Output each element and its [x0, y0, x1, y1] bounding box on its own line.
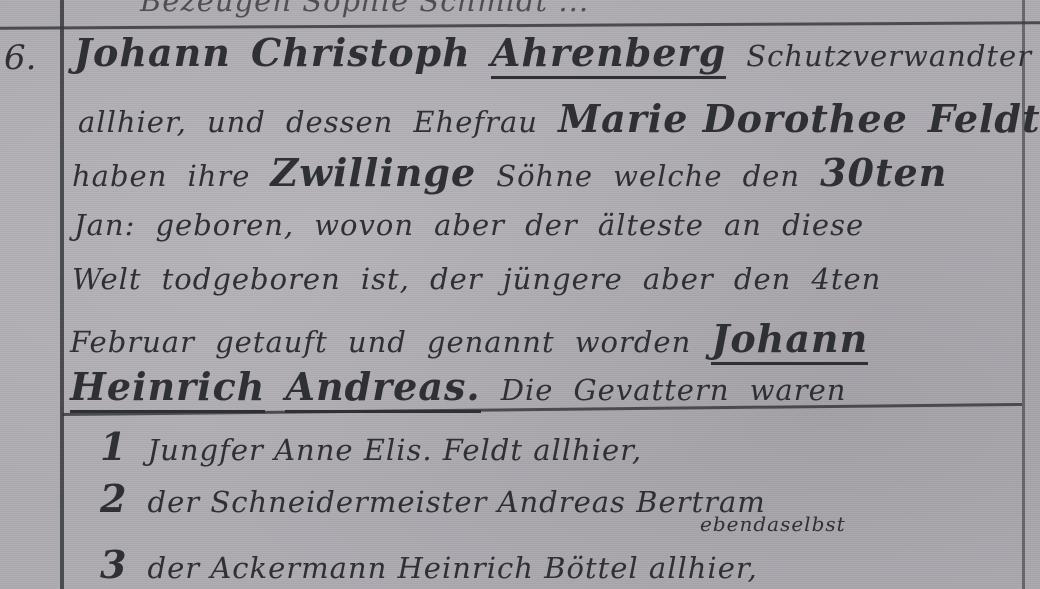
entry-number: 6.	[4, 38, 36, 78]
word: jüngere	[503, 262, 623, 296]
right-margin-line	[1022, 0, 1025, 589]
month: Februar	[70, 325, 195, 359]
godparent-number: 2	[100, 476, 127, 521]
record-line-6: Februar getauft und genannt worden Johan…	[70, 316, 882, 365]
word: worden	[575, 325, 692, 359]
scanned-register-page: Bezeugen Sophie Schmidt ... 6. Johann Ch…	[0, 0, 1040, 589]
child-name-underlined: Heinrich	[70, 364, 265, 413]
word: Ehefrau	[413, 105, 538, 139]
word: Welt	[72, 262, 142, 296]
child-name-underlined: Johann	[711, 316, 868, 365]
date-day: 30ten	[820, 150, 947, 195]
word: aber	[434, 208, 505, 242]
word: und	[207, 105, 266, 139]
godparent-1: 1 Jungfer Anne Elis. Feldt allhier,	[100, 424, 656, 469]
word: Christoph	[251, 30, 471, 75]
record-line-3: haben ihre Zwillinge Söhne welche den 30…	[72, 150, 961, 195]
godparent-2: 2 der Schneidermeister Andreas Bertram	[100, 476, 780, 521]
month-abbrev: Jan:	[74, 208, 135, 242]
word: älteste	[598, 208, 704, 242]
word: haben	[72, 159, 167, 193]
word: Marie Dorothee	[558, 96, 908, 141]
word: Feldt	[928, 96, 1040, 141]
record-line-5: Welt todgeboren ist, der jüngere aber de…	[72, 262, 895, 296]
word: den	[734, 262, 791, 296]
word: der	[430, 262, 483, 296]
word: dessen	[286, 105, 393, 139]
word: der	[525, 208, 578, 242]
word: Die	[501, 373, 554, 407]
word: wovon	[314, 208, 414, 242]
record-line-4: Jan: geboren, wovon aber der älteste an …	[74, 208, 878, 242]
godparent-text: Jungfer Anne Elis. Feldt allhier,	[148, 433, 643, 467]
word: diese	[782, 208, 864, 242]
record-line-2: allhier, und dessen Ehefrau Marie Doroth…	[78, 96, 1040, 141]
top-ruled-line	[0, 21, 1040, 29]
word: aber	[643, 262, 714, 296]
godparent-number: 3	[100, 542, 127, 587]
surname-underlined: Ahrenberg	[491, 30, 726, 79]
godparent-3: 3 der Ackermann Heinrich Böttel allhier,	[100, 542, 772, 587]
word: Johann	[74, 30, 231, 75]
word: ihre	[187, 159, 250, 193]
word: geboren,	[155, 208, 294, 242]
word: ist,	[361, 262, 410, 296]
word: Schutzverwandter	[746, 39, 1032, 73]
word: todgeboren	[162, 262, 341, 296]
word: Gevattern	[573, 373, 729, 407]
word: den	[743, 159, 800, 193]
record-line-7: Heinrich Andreas. Die Gevattern waren	[70, 364, 860, 413]
word: Zwillinge	[271, 150, 477, 195]
record-line-1: Johann Christoph Ahrenberg Schutzverwand…	[74, 30, 1040, 79]
word: und	[348, 325, 407, 359]
word: waren	[750, 373, 847, 407]
word: Söhne	[496, 159, 593, 193]
word: genannt	[427, 325, 555, 359]
word: getauft	[215, 325, 328, 359]
header-fragment: Bezeugen Sophie Schmidt ...	[140, 0, 589, 18]
left-margin-line	[60, 0, 64, 589]
word: welche	[613, 159, 722, 193]
date-day: 4ten	[811, 262, 881, 296]
word: allhier,	[78, 105, 187, 139]
godparent-text: der Schneidermeister Andreas Bertram	[148, 485, 766, 519]
godparent-number: 1	[100, 424, 127, 469]
interlinear-note: ebendaselbst	[700, 512, 846, 536]
godparent-text: der Ackermann Heinrich Böttel allhier,	[148, 551, 758, 585]
child-name-underlined: Andreas.	[285, 364, 480, 413]
word: an	[724, 208, 762, 242]
